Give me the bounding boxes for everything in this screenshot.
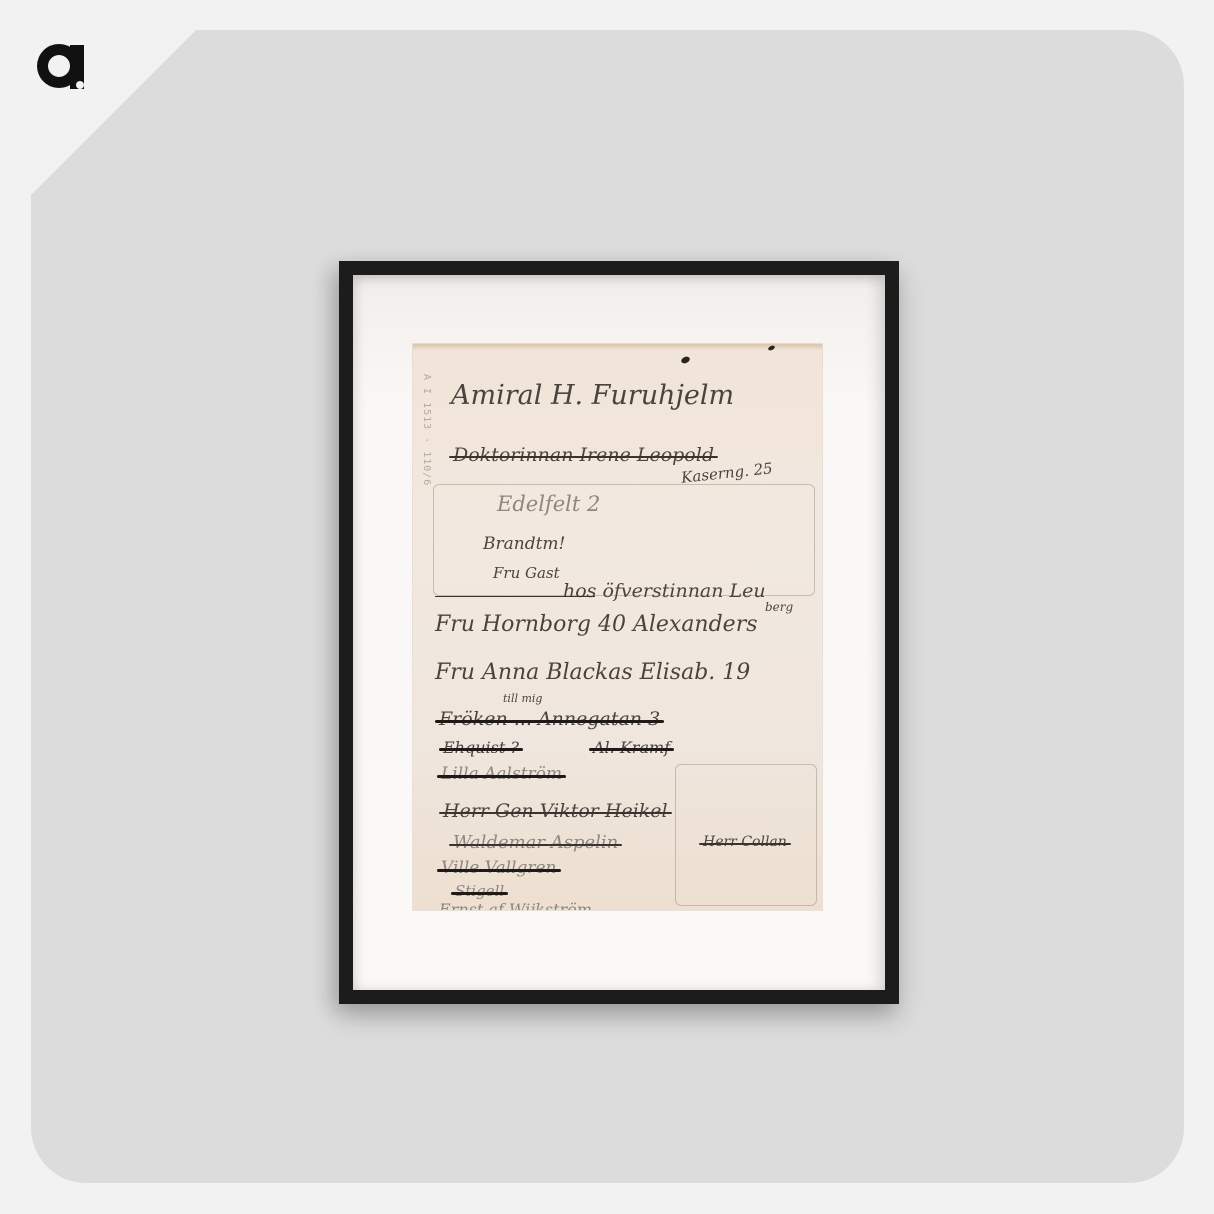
note-line: Ehquist ? [443,738,519,757]
note-line: hos öfverstinnan Leu [563,580,766,602]
note-line: Brandtm! [483,534,565,554]
catalog-stamp: A I 1513 · 110/6 [421,374,432,486]
artwork-handwritten-note: A I 1513 · 110/6 Amiral H. Furuhjelm Dok… [413,344,822,910]
note-line: Waldemar Aspelin [453,832,618,853]
note-line: Fröken ... Annegatan 3 [439,708,660,730]
note-line: Al. Kramf [593,738,670,757]
note-line: Doktorinnan Irene Leopold [453,444,714,466]
note-line: Fru Gast [493,564,560,582]
brand-logo-a-icon [33,35,93,95]
note-line: Herr Gen Viktor Heikel [443,800,668,822]
note-line: Herr Collan [703,834,787,850]
note-line: Amiral H. Furuhjelm [451,380,734,411]
note-line: Ville Vallgren [441,858,557,878]
note-line: Fru Anna Blackas Elisab. 19 [435,660,750,685]
note-line: Fru Hornborg 40 Alexanders [435,612,758,637]
note-line: Lilla Aalström [441,764,562,784]
note-line: Stigell [455,882,504,900]
note-line: till mig [503,692,542,705]
note-line: Edelfelt 2 [497,492,600,516]
note-line: Ernst af Wijkström [439,900,592,910]
note-line: berg [765,600,793,614]
